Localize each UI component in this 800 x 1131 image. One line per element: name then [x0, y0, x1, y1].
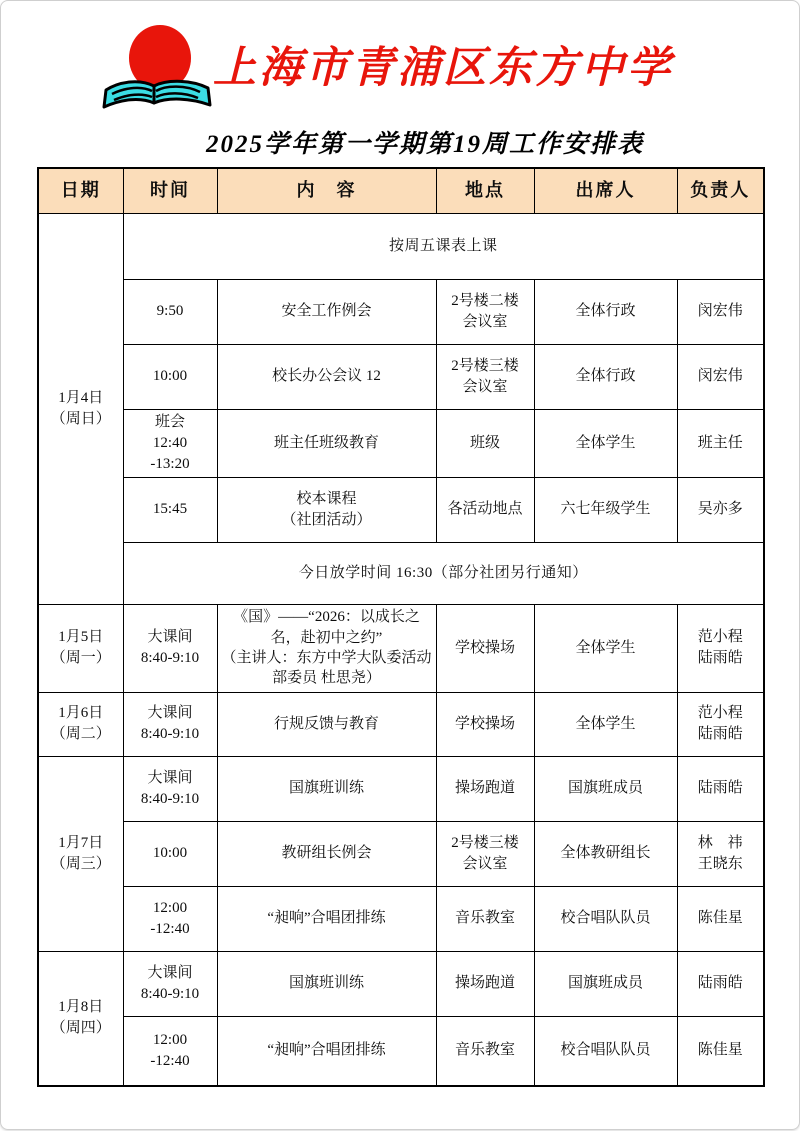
cell-note-dismissal-time: 今日放学时间 16:30（部分社团另行通知）	[123, 542, 764, 604]
document-page: 上海市青浦区东方中学 2025学年第一学期第19周工作安排表 日期 时间 内 容…	[0, 0, 800, 1131]
cell-time: 10:00	[123, 821, 217, 886]
cell-owner: 陈佳星	[677, 886, 764, 951]
cell-content: “昶响”合唱团排练	[217, 1016, 436, 1086]
cell-date-jan5: 1月5日 （周一）	[38, 604, 123, 692]
cell-place: 学校操场	[436, 692, 534, 756]
cell-time: 大课间 8:40-9:10	[123, 756, 217, 821]
cell-owner: 闵宏伟	[677, 344, 764, 409]
cell-time: 12:00 -12:40	[123, 886, 217, 951]
cell-attendees: 全体学生	[534, 409, 677, 477]
cell-attendees: 全体学生	[534, 604, 677, 692]
col-header-date: 日期	[38, 168, 123, 213]
table-row: 10:00 校长办公会议 12 2号楼三楼 会议室 全体行政 闵宏伟	[38, 344, 764, 409]
table-row: 1月6日 （周二） 大课间 8:40-9:10 行规反馈与教育 学校操场 全体学…	[38, 692, 764, 756]
cell-owner: 陆雨皓	[677, 951, 764, 1016]
cell-place: 操场跑道	[436, 951, 534, 1016]
cell-attendees: 全体学生	[534, 692, 677, 756]
table-row: 15:45 校本课程 （社团活动） 各活动地点 六七年级学生 吴亦多	[38, 477, 764, 542]
cell-time: 大课间 8:40-9:10	[123, 604, 217, 692]
cell-attendees: 国旗班成员	[534, 951, 677, 1016]
cell-content: 校本课程 （社团活动）	[217, 477, 436, 542]
table-row: 10:00 教研组长例会 2号楼三楼 会议室 全体教研组长 林 祎 王晓东	[38, 821, 764, 886]
cell-content: 教研组长例会	[217, 821, 436, 886]
table-row: 12:00 -12:40 “昶响”合唱团排练 音乐教室 校合唱队队员 陈佳星	[38, 1016, 764, 1086]
cell-owner: 林 祎 王晓东	[677, 821, 764, 886]
cell-content: 安全工作例会	[217, 279, 436, 344]
cell-note-friday-timetable: 按周五课表上课	[123, 213, 764, 279]
cell-owner: 陈佳星	[677, 1016, 764, 1086]
cell-content: 国旗班训练	[217, 756, 436, 821]
cell-place: 2号楼三楼 会议室	[436, 344, 534, 409]
schedule-table: 日期 时间 内 容 地点 出席人 负责人 1月4日 （周日） 按周五课表上课 9…	[37, 167, 765, 1087]
cell-time: 大课间 8:40-9:10	[123, 692, 217, 756]
table-row: 9:50 安全工作例会 2号楼二楼 会议室 全体行政 闵宏伟	[38, 279, 764, 344]
cell-content: 《国》——“2026：以成长之名，赴初中之约” （主讲人：东方中学大队委活动部委…	[217, 604, 436, 692]
col-header-owner: 负责人	[677, 168, 764, 213]
cell-owner: 班主任	[677, 409, 764, 477]
cell-time: 大课间 8:40-9:10	[123, 951, 217, 1016]
cell-time: 15:45	[123, 477, 217, 542]
table-row: 班会 12:40 -13:20 班主任班级教育 班级 全体学生 班主任	[38, 409, 764, 477]
cell-place: 操场跑道	[436, 756, 534, 821]
cell-attendees: 全体教研组长	[534, 821, 677, 886]
col-header-time: 时间	[123, 168, 217, 213]
cell-time: 12:00 -12:40	[123, 1016, 217, 1086]
table-row: 1月8日 （周四） 大课间 8:40-9:10 国旗班训练 操场跑道 国旗班成员…	[38, 951, 764, 1016]
cell-place: 学校操场	[436, 604, 534, 692]
cell-place: 音乐教室	[436, 886, 534, 951]
school-logo-icon	[98, 22, 216, 112]
cell-place: 音乐教室	[436, 1016, 534, 1086]
cell-attendees: 全体行政	[534, 279, 677, 344]
cell-content: 行规反馈与教育	[217, 692, 436, 756]
cell-content: 国旗班训练	[217, 951, 436, 1016]
cell-date-jan6: 1月6日 （周二）	[38, 692, 123, 756]
cell-time: 9:50	[123, 279, 217, 344]
cell-owner: 吴亦多	[677, 477, 764, 542]
table-row: 12:00 -12:40 “昶响”合唱团排练 音乐教室 校合唱队队员 陈佳星	[38, 886, 764, 951]
cell-owner: 范小程 陆雨皓	[677, 604, 764, 692]
table-row: 1月4日 （周日） 按周五课表上课	[38, 213, 764, 279]
cell-date-jan4: 1月4日 （周日）	[38, 213, 123, 604]
table-row: 1月7日 （周三） 大课间 8:40-9:10 国旗班训练 操场跑道 国旗班成员…	[38, 756, 764, 821]
school-name: 上海市青浦区东方中学	[213, 34, 663, 95]
cell-attendees: 国旗班成员	[534, 756, 677, 821]
col-header-content: 内 容	[217, 168, 436, 213]
cell-owner: 闵宏伟	[677, 279, 764, 344]
cell-date-jan7: 1月7日 （周三）	[38, 756, 123, 951]
cell-place: 班级	[436, 409, 534, 477]
cell-content: 班主任班级教育	[217, 409, 436, 477]
cell-place: 2号楼二楼 会议室	[436, 279, 534, 344]
cell-attendees: 六七年级学生	[534, 477, 677, 542]
col-header-attendees: 出席人	[534, 168, 677, 213]
cell-date-jan8: 1月8日 （周四）	[38, 951, 123, 1086]
cell-owner: 陆雨皓	[677, 756, 764, 821]
cell-time: 班会 12:40 -13:20	[123, 409, 217, 477]
table-row: 1月5日 （周一） 大课间 8:40-9:10 《国》——“2026：以成长之名…	[38, 604, 764, 692]
table-header-row: 日期 时间 内 容 地点 出席人 负责人	[38, 168, 764, 213]
cell-attendees: 校合唱队队员	[534, 886, 677, 951]
cell-attendees: 校合唱队队员	[534, 1016, 677, 1086]
cell-content: 校长办公会议 12	[217, 344, 436, 409]
table-row: 今日放学时间 16:30（部分社团另行通知）	[38, 542, 764, 604]
cell-time: 10:00	[123, 344, 217, 409]
cell-owner: 范小程 陆雨皓	[677, 692, 764, 756]
cell-attendees: 全体行政	[534, 344, 677, 409]
cell-place: 2号楼三楼 会议室	[436, 821, 534, 886]
cell-content: “昶响”合唱团排练	[217, 886, 436, 951]
cell-place: 各活动地点	[436, 477, 534, 542]
doc-title: 2025学年第一学期第19周工作安排表	[25, 124, 800, 160]
col-header-place: 地点	[436, 168, 534, 213]
